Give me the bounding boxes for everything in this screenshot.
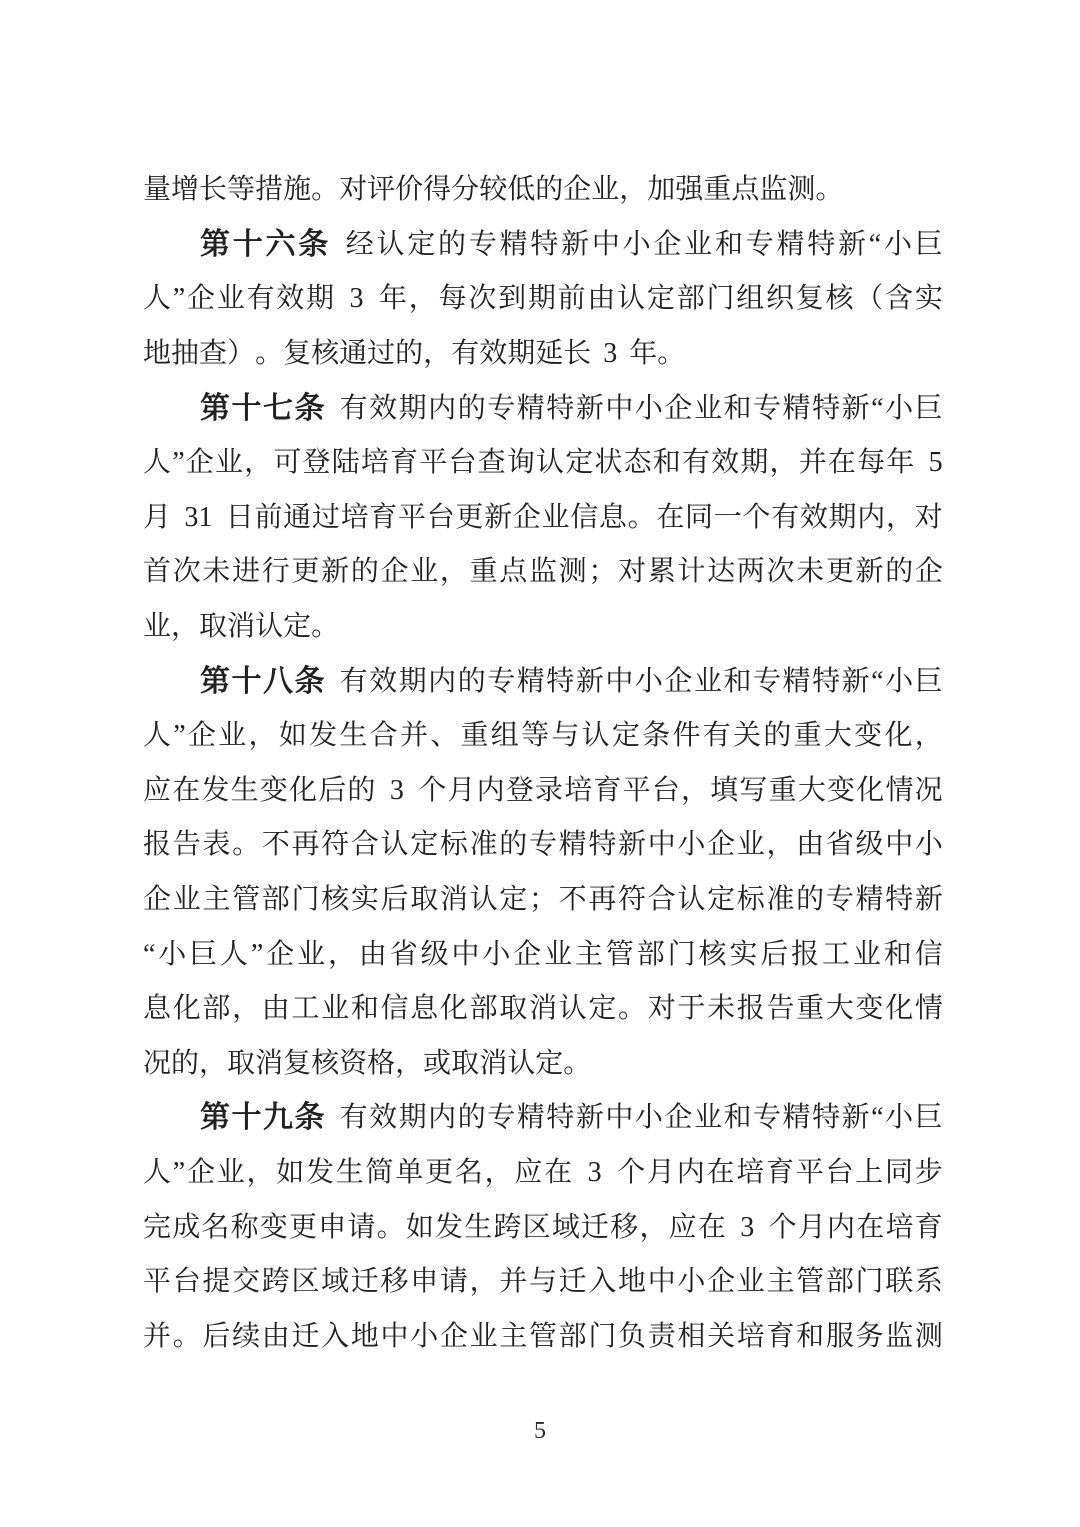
article-heading-char: 十 — [232, 667, 262, 697]
text-char: 育 — [766, 1159, 794, 1187]
text-char: 专 — [746, 231, 774, 259]
text-char: 部 — [559, 1323, 587, 1351]
text-char: 精 — [856, 886, 884, 914]
text-char: 更 — [826, 558, 854, 586]
text-char: 有 — [340, 395, 368, 423]
text-char: 应 — [514, 1159, 542, 1187]
text-char: 对 — [339, 176, 367, 204]
text-char: 平 — [419, 449, 447, 477]
article-heading-char: 八 — [263, 667, 293, 697]
text-char: 提 — [202, 1268, 230, 1296]
text-char: 企 — [186, 449, 214, 477]
text-char: 措 — [255, 176, 283, 204]
text-char: ， — [770, 449, 798, 477]
text-char: 和 — [723, 668, 751, 696]
text-char: 小 — [884, 231, 912, 259]
text-line: 平台提交跨区域迁移申请，并与迁入地中小企业主管部门联系 — [143, 1255, 943, 1310]
text-char: 的 — [458, 395, 486, 423]
text-char: 效 — [479, 340, 507, 368]
text-char: 人 — [143, 285, 171, 313]
text-char: 查 — [478, 449, 506, 477]
text-char: 主 — [499, 1323, 527, 1351]
text-char: 后 — [760, 941, 788, 969]
text-line: 月31日前通过培育平台更新企业信息。在同一个有效期内，对 — [143, 491, 943, 546]
text-char: 信 — [570, 504, 598, 532]
text-char: 专 — [469, 231, 497, 259]
text-char: 企 — [707, 831, 735, 859]
text-char: 内 — [677, 1159, 705, 1187]
text-char: 在 — [706, 1159, 734, 1187]
text-char: 企 — [187, 1159, 215, 1187]
text-char: 迁 — [351, 1268, 379, 1296]
text-char: 3 — [740, 1214, 754, 1242]
text-char: 到 — [498, 285, 526, 313]
text-char: 生 — [336, 1159, 364, 1187]
text-char: 和 — [715, 231, 743, 259]
text-char: 育 — [593, 777, 621, 805]
text-char: 。 — [255, 340, 283, 368]
text-char: 的 — [885, 558, 913, 586]
text-char: 的 — [796, 886, 824, 914]
text-char: 新 — [484, 504, 512, 532]
text-char: 3 — [390, 777, 404, 805]
text-char: 小 — [635, 668, 663, 696]
text-char: 两 — [737, 558, 765, 586]
text-char: 精 — [783, 668, 811, 696]
text-char: 企 — [563, 176, 591, 204]
text-char: 定 — [647, 285, 675, 313]
text-char: 长 — [199, 176, 227, 204]
text-char: 迁 — [581, 1214, 609, 1242]
text-char: （ — [855, 285, 883, 313]
text-char: 更 — [291, 558, 319, 586]
text-char: 定 — [707, 886, 735, 914]
text-char: 新 — [842, 1104, 870, 1132]
text-char: 更 — [455, 504, 483, 532]
text-char: 应 — [669, 1214, 697, 1242]
text-char: 如 — [276, 1159, 304, 1187]
text-char: 、 — [430, 722, 458, 750]
text-char: 培 — [737, 1323, 765, 1351]
text-char: 小 — [885, 395, 913, 423]
text-char: 门 — [668, 941, 696, 969]
text-char: 表 — [202, 831, 230, 859]
text-char: 新 — [576, 668, 604, 696]
text-char: 累 — [648, 558, 676, 586]
text-char: 精 — [559, 831, 587, 859]
text-char: 精 — [776, 231, 804, 259]
text-char: 业 — [173, 886, 201, 914]
text-char: 务 — [856, 1323, 884, 1351]
text-char: 后 — [381, 886, 409, 914]
text-char: 和 — [884, 941, 912, 969]
text-char: 查 — [199, 340, 227, 368]
text-char: 相 — [677, 1323, 705, 1351]
text-char: 新 — [838, 231, 866, 259]
text-char: 业 — [470, 1323, 498, 1351]
text-char: 重 — [796, 995, 824, 1023]
text-char: ， — [409, 285, 437, 313]
text-char: 通 — [339, 340, 367, 368]
text-char: 专 — [529, 831, 557, 859]
text-char: 化 — [884, 722, 912, 750]
text-char: 工 — [291, 995, 319, 1023]
text-char: 内 — [477, 777, 505, 805]
text-char: 定 — [499, 886, 527, 914]
text-char: 企 — [187, 285, 215, 313]
text-char: 。 — [618, 995, 646, 1023]
text-char: 认 — [381, 831, 409, 859]
text-char: 巨 — [915, 668, 943, 696]
text-char: 有 — [771, 504, 799, 532]
article-heading-char: 第 — [200, 667, 230, 697]
text-char: 培 — [564, 777, 592, 805]
text-char: 部 — [470, 995, 498, 1023]
text-char: 企 — [188, 722, 216, 750]
text-char: 织 — [766, 285, 794, 313]
text-line: 应在发生变化后的3个月内登录培育平台，填写重大变化情况 — [143, 764, 943, 819]
text-char: 巨 — [915, 231, 943, 259]
text-char: ， — [328, 941, 356, 969]
text-char: 符 — [321, 831, 349, 859]
text-char: 有 — [682, 449, 710, 477]
text-char: 发 — [201, 777, 229, 805]
text-char: 迁 — [291, 1323, 319, 1351]
text-char: 有 — [340, 1104, 368, 1132]
text-char: 首 — [143, 558, 171, 586]
text-char: ， — [244, 449, 272, 477]
text-line: 业，取消认定。 — [143, 600, 943, 655]
text-char: 跨 — [262, 1268, 290, 1296]
text-char: 业 — [853, 941, 881, 969]
text-char: 等 — [521, 722, 549, 750]
text-char: 测 — [787, 176, 815, 204]
text-char: 状 — [594, 449, 622, 477]
article-heading-char: 十 — [232, 394, 262, 424]
text-char: 合 — [648, 886, 676, 914]
text-char: 息 — [143, 995, 171, 1023]
text-char: 企 — [664, 1104, 692, 1132]
text-char: 月 — [647, 1159, 675, 1187]
text-char: 。 — [815, 176, 843, 204]
text-char: 消 — [440, 886, 468, 914]
text-char: 企 — [513, 941, 541, 969]
text-char: 特 — [546, 1104, 574, 1132]
text-char: 移 — [381, 1268, 409, 1296]
text-char: 简 — [366, 1159, 394, 1187]
text-char: 特 — [546, 395, 574, 423]
article-heading-char: 条 — [298, 230, 328, 260]
text-char: 负 — [618, 1323, 646, 1351]
text-char: 业 — [297, 941, 325, 969]
text-char: 同 — [685, 504, 713, 532]
text-char: 同 — [885, 1159, 913, 1187]
article-heading-char: 七 — [263, 394, 293, 424]
text-char: 认 — [536, 449, 564, 477]
text-char: 后 — [202, 1323, 230, 1351]
text-char: 小 — [885, 668, 913, 696]
text-char: 请 — [440, 1268, 468, 1296]
text-char: 低 — [507, 176, 535, 204]
text-char: 精 — [517, 1104, 545, 1132]
text-char: 录 — [535, 777, 563, 805]
text-char: 人 — [220, 941, 248, 969]
text-char: 点 — [499, 558, 527, 586]
text-char: 。 — [563, 1050, 591, 1078]
text-char: 业 — [143, 613, 171, 641]
text-char: 管 — [796, 1268, 824, 1296]
text-line: 第十九条有效期内的专精特新中小企业和专精特新“小巨 — [143, 1091, 943, 1146]
text-char: 平 — [143, 1268, 171, 1296]
text-char: 次 — [766, 558, 794, 586]
text-char: 合 — [351, 831, 379, 859]
text-char: 变 — [260, 1214, 288, 1242]
text-char: 小 — [482, 941, 510, 969]
text-char: 生 — [339, 722, 367, 750]
text-char: 新 — [618, 831, 646, 859]
text-char: 由 — [796, 831, 824, 859]
text-char: ， — [440, 558, 468, 586]
text-char: 新 — [842, 668, 870, 696]
text-char: 中 — [381, 1323, 409, 1351]
text-char: 并 — [499, 1268, 527, 1296]
text-char: 重 — [769, 777, 797, 805]
text-char: 业 — [684, 231, 712, 259]
text-char: ； — [588, 558, 616, 586]
text-char: 未 — [707, 995, 735, 1023]
text-line: 首次未进行更新的企业，重点监测；对累计达两次未更新的企 — [143, 545, 943, 600]
text-char: ， — [681, 777, 709, 805]
document-body: 量增长等措施。对评价得分较低的企业，加强重点监测。第十六条经认定的专精特新中小企… — [143, 163, 943, 1364]
text-char: 的 — [458, 668, 486, 696]
text-char: 企 — [653, 231, 681, 259]
text-char: 信 — [381, 995, 409, 1023]
text-char: 关 — [707, 1323, 735, 1351]
text-char: 培 — [341, 504, 369, 532]
text-char: 新 — [915, 886, 943, 914]
text-char: 上 — [855, 1159, 883, 1187]
text-char: 台 — [652, 777, 680, 805]
page-number: 5 — [534, 1418, 546, 1444]
text-char: 巨 — [915, 395, 943, 423]
text-char: 5 — [929, 449, 943, 477]
text-char: 更 — [425, 1159, 453, 1187]
text-char: 业 — [217, 285, 245, 313]
text-char: 过 — [312, 504, 340, 532]
text-char: ， — [423, 340, 451, 368]
text-char: 准 — [766, 886, 794, 914]
text-char: 量 — [143, 176, 171, 204]
text-char: 台 — [427, 504, 455, 532]
text-char: 企 — [513, 504, 541, 532]
text-char: 登 — [506, 777, 534, 805]
text-char: 实 — [351, 886, 379, 914]
text-char: 取 — [227, 1050, 255, 1078]
text-char: 对 — [915, 504, 943, 532]
text-char: 管 — [232, 886, 260, 914]
text-char: 再 — [588, 886, 616, 914]
text-char: 续 — [232, 1323, 260, 1351]
text-line: 况的，取消复核资格，或取消认定。 — [143, 1037, 943, 1092]
text-char: 企 — [664, 395, 692, 423]
text-char: 和 — [351, 995, 379, 1023]
text-char: 精 — [517, 668, 545, 696]
text-char: 门 — [588, 1323, 616, 1351]
text-char: 部 — [637, 941, 665, 969]
text-char: 变 — [827, 777, 855, 805]
text-char: 化 — [440, 995, 468, 1023]
text-char: 取 — [410, 886, 438, 914]
text-char: 况 — [915, 777, 943, 805]
text-char: 态 — [624, 449, 652, 477]
text-char: ” — [172, 449, 184, 477]
text-char: 精 — [783, 395, 811, 423]
text-char: 主 — [202, 886, 230, 914]
text-char: 域 — [552, 1214, 580, 1242]
text-char: 认 — [377, 231, 405, 259]
text-char: 认 — [677, 886, 705, 914]
text-char: 复 — [796, 285, 824, 313]
text-char: 如 — [279, 722, 307, 750]
text-char: 生 — [231, 777, 259, 805]
text-char: 责 — [648, 1323, 676, 1351]
text-char: ” — [173, 1159, 185, 1187]
text-char: 特 — [812, 395, 840, 423]
text-char: 信 — [915, 941, 943, 969]
text-char: 消 — [255, 1050, 283, 1078]
text-char: 生 — [464, 1214, 492, 1242]
text-char: 后 — [318, 777, 346, 805]
text-char: 培 — [736, 1159, 764, 1187]
text-char: 报 — [143, 831, 171, 859]
text-char: 和 — [796, 1323, 824, 1351]
text-line: 人”企业有效期3年，每次到期前由认定部门组织复核（含实 — [143, 272, 943, 327]
text-char: 月 — [143, 504, 171, 532]
text-char: 年 — [379, 285, 407, 313]
text-char: 日 — [226, 504, 254, 532]
text-char: 育 — [390, 449, 418, 477]
text-char: 重 — [703, 176, 731, 204]
text-char: 认 — [507, 1050, 535, 1078]
text-char: 新 — [842, 395, 870, 423]
text-char: 称 — [231, 1214, 259, 1242]
text-char: 抽 — [171, 340, 199, 368]
text-char: 核 — [321, 886, 349, 914]
text-char: 人 — [143, 722, 171, 750]
text-char: 消 — [529, 995, 557, 1023]
text-char: ， — [232, 995, 260, 1023]
text-char: 告 — [173, 831, 201, 859]
text-line: 完成名称变更申请。如发生跨区域迁移，应在3个月内在培育 — [143, 1200, 943, 1255]
text-char: 如 — [406, 1214, 434, 1242]
text-char: 专 — [753, 668, 781, 696]
text-char: 培 — [361, 449, 389, 477]
text-char: 中 — [885, 831, 913, 859]
text-char: 期 — [528, 285, 556, 313]
text-char: 认 — [470, 886, 498, 914]
text-line: 量增长等措施。对评价得分较低的企业，加强重点监测。 — [143, 163, 943, 218]
text-char: 区 — [523, 1214, 551, 1242]
text-char: 地 — [618, 1268, 646, 1296]
text-char: 业 — [542, 504, 570, 532]
text-char: 在 — [828, 449, 856, 477]
text-char: 管 — [529, 1323, 557, 1351]
text-char: 件 — [672, 722, 700, 750]
text-char: 核 — [311, 1050, 339, 1078]
text-char: 期 — [306, 285, 334, 313]
text-char: 省 — [826, 831, 854, 859]
text-line: 人”企业，可登陆培育平台查询认定状态和有效期，并在每年5 — [143, 436, 943, 491]
text-char: 重 — [461, 722, 489, 750]
text-char: 对 — [648, 995, 676, 1023]
text-char: 申 — [410, 1268, 438, 1296]
text-char: 主 — [575, 941, 603, 969]
article-heading-char: 六 — [266, 230, 296, 260]
text-char: 业 — [410, 558, 438, 586]
text-char: ” — [173, 285, 185, 313]
text-char: 每 — [439, 285, 467, 313]
text-char: 专 — [826, 886, 854, 914]
text-char: 与 — [529, 1268, 557, 1296]
text-char: 监 — [885, 1323, 913, 1351]
text-char: 标 — [440, 831, 468, 859]
text-char: ， — [199, 1050, 227, 1078]
text-char: 育 — [915, 1214, 943, 1242]
text-char: 前 — [254, 504, 282, 532]
text-char: 含 — [885, 285, 913, 313]
text-char: 报 — [791, 941, 819, 969]
text-char: 化 — [173, 995, 201, 1023]
text-char: 的 — [438, 231, 466, 259]
text-char: 定 — [283, 613, 311, 641]
text-char: 特 — [530, 231, 558, 259]
text-char: 人 — [143, 449, 171, 477]
text-char: 入 — [321, 1323, 349, 1351]
text-char: 有 — [451, 340, 479, 368]
text-char: 门 — [856, 1268, 884, 1296]
text-char: 认 — [255, 613, 283, 641]
text-char: 单 — [395, 1159, 423, 1187]
text-char: 效 — [369, 1104, 397, 1132]
text-char: 迁 — [559, 1268, 587, 1296]
text-char: 年 — [629, 340, 657, 368]
text-char: 部 — [677, 285, 705, 313]
text-char: 陆 — [332, 449, 360, 477]
text-char: 月 — [447, 777, 475, 805]
text-char: 发 — [309, 722, 337, 750]
text-char: 个 — [418, 777, 446, 805]
text-char: 有 — [246, 285, 274, 313]
text-char: 小 — [635, 1104, 663, 1132]
text-char: 级 — [421, 941, 449, 969]
text-char: 业 — [218, 722, 246, 750]
text-char: 评 — [367, 176, 395, 204]
article-heading-char: 第 — [200, 1103, 230, 1133]
text-char: 平 — [623, 777, 651, 805]
text-char: 测 — [559, 558, 587, 586]
text-char: 台 — [826, 1159, 854, 1187]
text-char: 在 — [698, 1214, 726, 1242]
article-heading-char: 十 — [232, 1103, 262, 1133]
text-char: 业 — [544, 941, 572, 969]
text-char: 报 — [737, 995, 765, 1023]
text-char: 变 — [854, 722, 882, 750]
text-char: 。 — [173, 1323, 201, 1351]
text-char: 未 — [202, 558, 230, 586]
text-char: 。 — [657, 340, 685, 368]
text-char: 由 — [262, 1323, 290, 1351]
text-char: ， — [470, 1268, 498, 1296]
